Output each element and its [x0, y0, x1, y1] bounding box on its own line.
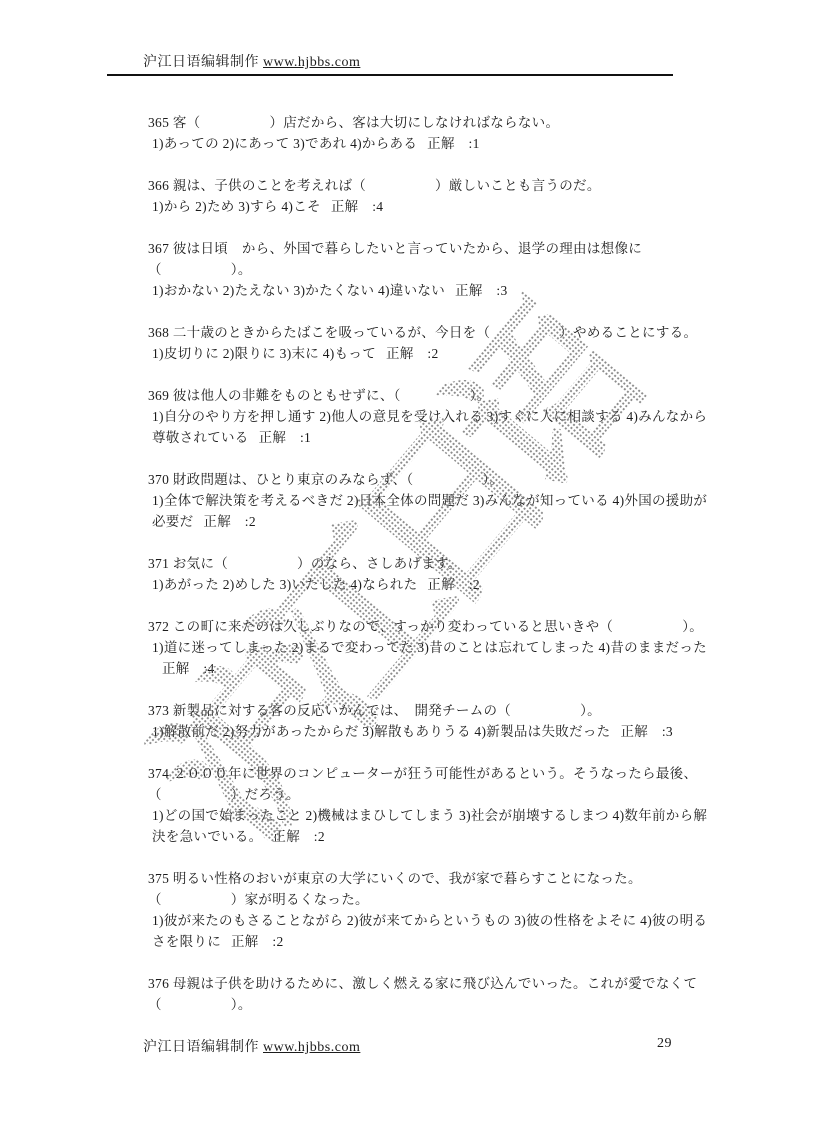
question-options: 1)皮切りに 2)限りに 3)末に 4)もって	[152, 346, 376, 361]
question-text: 親は、子供のことを考えれば（ ）厳しいことも言うのだ。	[173, 178, 601, 193]
question-list: 365 客（ ）店だから、客は大切にしなければならない。 1)あっての 2)にあ…	[148, 112, 714, 1036]
question-number: 373	[148, 703, 169, 718]
answer-key: 正解 :3	[610, 724, 673, 739]
publisher-credit: 沪江日语编辑制作	[143, 55, 259, 70]
answer-key: 正解 :4	[321, 199, 384, 214]
question-text: 母親は子供を助けるために、激しく燃える家に飛び込んでいった。これが愛でなくて（ …	[148, 976, 697, 1012]
question-371: 371 お気に（ ）のなら、さしあげます。 1)あがった 2)めした 3)いたし…	[148, 553, 714, 595]
question-number: 370	[148, 472, 169, 487]
header-site-link[interactable]: www.hjbbs.com	[263, 55, 360, 70]
question-options: 1)道に迷ってしまった 2)まるで変わってた 3)昔のことは忘れてしまった 4)…	[152, 640, 707, 655]
question-number: 376	[148, 976, 169, 991]
question-369: 369 彼は他人の非難をものともせずに、（ ）。 1)自分のやり方を押し通す 2…	[148, 385, 714, 448]
question-options: 1)あっての 2)にあって 3)であれ 4)からある	[152, 136, 417, 151]
question-options: 1)あがった 2)めした 3)いたした 4)なられた	[152, 577, 417, 592]
question-number: 368	[148, 325, 169, 340]
question-options: 1)から 2)ため 3)すら 4)こそ	[152, 199, 321, 214]
question-text: 明るい性格のおいが東京の大学にいくので、我が家で暮らすことになった。（ ）家が明…	[148, 871, 642, 907]
answer-key: 正解 :1	[249, 430, 312, 445]
page-header: 沪江日语编辑制作 www.hjbbs.com	[143, 51, 360, 71]
page-number: 29	[657, 1036, 672, 1052]
question-options: 1)おかない 2)たえない 3)かたくない 4)違いない	[152, 283, 445, 298]
question-number: 372	[148, 619, 169, 634]
question-text: ２０００年に世界のコンピューターが狂う可能性があるという。そうなったら最後、（ …	[148, 766, 697, 802]
answer-key: 正解 :2	[376, 346, 439, 361]
question-text: 財政問題は、ひとり東京のみならず、（ ）。	[173, 472, 503, 487]
footer-credit: 沪江日语编辑制作 www.hjbbs.com	[143, 1036, 360, 1056]
question-368: 368 二十歳のときからたばこを吸っているが、今日を（ ）やめることにする。 1…	[148, 322, 714, 364]
question-text: お気に（ ）のなら、さしあげます。	[173, 556, 462, 571]
question-text: 彼は日頃 から、外国で暮らしたいと言っていたから、退学の理由は想像に（ ）。	[148, 241, 642, 277]
question-367: 367 彼は日頃 から、外国で暮らしたいと言っていたから、退学の理由は想像に（ …	[148, 238, 714, 301]
footer-site-link[interactable]: www.hjbbs.com	[263, 1040, 360, 1055]
question-text: この町に来たのは久しぶりなので、すっかり変わっていると思いきや（ ）。	[173, 619, 703, 634]
question-366: 366 親は、子供のことを考えれば（ ）厳しいことも言うのだ。 1)から 2)た…	[148, 175, 714, 217]
question-370: 370 財政問題は、ひとり東京のみならず、（ ）。 1)全体で解決策を考えるべき…	[148, 469, 714, 532]
answer-key: 正解 :2	[193, 514, 256, 529]
answer-key: 正解 :4	[152, 661, 215, 676]
question-number: 375	[148, 871, 169, 886]
question-number: 369	[148, 388, 169, 403]
question-376: 376 母親は子供を助けるために、激しく燃える家に飛び込んでいった。これが愛でな…	[148, 973, 714, 1015]
question-text: 二十歳のときからたばこを吸っているが、今日を（ ）やめることにする。	[173, 325, 697, 340]
question-text: 新製品に対する客の反応いかんでは、 開発チームの（ ）。	[173, 703, 601, 718]
answer-key: 正解 :2	[221, 934, 284, 949]
question-number: 367	[148, 241, 169, 256]
answer-key: 正解 :2	[417, 577, 480, 592]
question-374: 374 ２０００年に世界のコンピューターが狂う可能性があるという。そうなったら最…	[148, 763, 714, 847]
header-divider	[107, 74, 673, 76]
answer-key: 正解 :2	[262, 829, 325, 844]
publisher-credit: 沪江日语编辑制作	[143, 1040, 259, 1055]
answer-key: 正解 :1	[417, 136, 480, 151]
question-text: 客（ ）店だから、客は大切にしなければならない。	[173, 115, 559, 130]
question-number: 374	[148, 766, 169, 781]
question-372: 372 この町に来たのは久しぶりなので、すっかり変わっていると思いきや（ ）。 …	[148, 616, 714, 679]
question-373: 373 新製品に対する客の反応いかんでは、 開発チームの（ ）。 1)解散前だ …	[148, 700, 714, 742]
question-365: 365 客（ ）店だから、客は大切にしなければならない。 1)あっての 2)にあ…	[148, 112, 714, 154]
question-number: 371	[148, 556, 169, 571]
page-footer: 沪江日语编辑制作 www.hjbbs.com 29	[143, 1036, 672, 1056]
question-375: 375 明るい性格のおいが東京の大学にいくので、我が家で暮らすことになった。（ …	[148, 868, 714, 952]
question-text: 彼は他人の非難をものともせずに、（ ）。	[173, 388, 491, 403]
answer-key: 正解 :3	[445, 283, 508, 298]
question-number: 366	[148, 178, 169, 193]
question-options: 1)自分のやり方を押し通す 2)他人の意見を受け入れる 3)すぐに人に相談する …	[152, 409, 707, 445]
question-number: 365	[148, 115, 169, 130]
question-options: 1)どの国で始まったこと 2)機械はまひしてしまう 3)社会が崩壊するしまつ 4…	[152, 808, 707, 844]
document-page: 沪江日语编辑制作 www.hjbbs.com 沪江日语 365 客（ ）店だから…	[0, 0, 816, 1123]
question-options: 1)解散前だ 2)努力があったからだ 3)解散もありうる 4)新製品は失敗だった	[152, 724, 610, 739]
